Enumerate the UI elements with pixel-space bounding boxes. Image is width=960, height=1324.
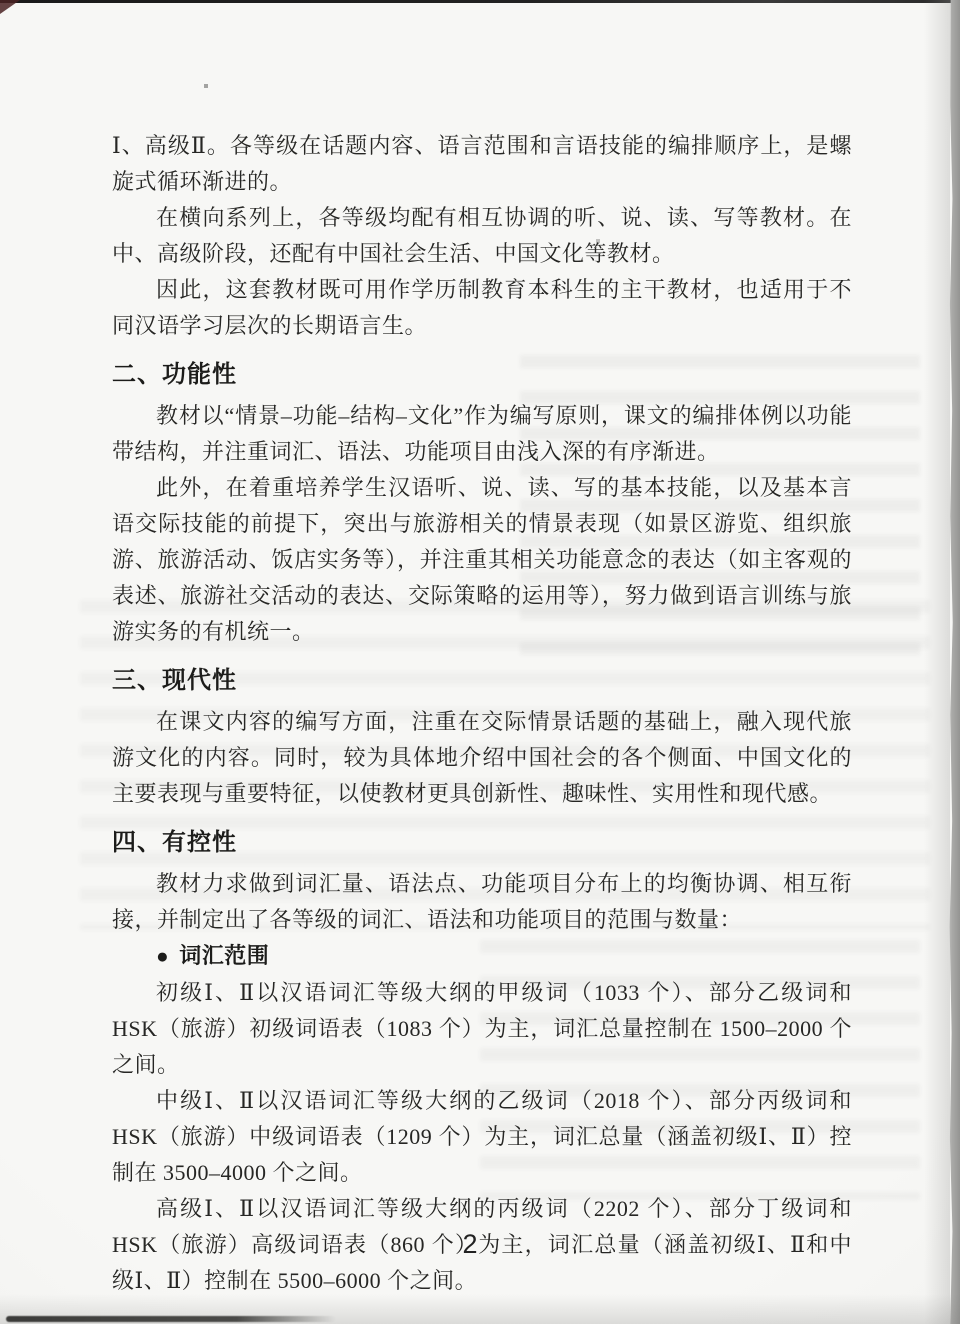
paragraph-horizontal-series: 在横向系列上，各等级均配有相互协调的听、说、读、写等教材。在中、高级阶段，还配有…: [112, 200, 852, 272]
scan-speckles: [0, 0, 2, 2]
page-number: 2: [0, 1229, 940, 1260]
scan-corner-mark: [0, 0, 20, 14]
bullet-vocab-label: 词汇范围: [179, 943, 269, 968]
heading-functionality: 二、功能性: [112, 360, 852, 390]
heading-modernity: 三、现代性: [112, 666, 852, 696]
paragraph-dual-use: 因此，这套教材既可用作学历制教育本科生的主干教材，也适用于不同汉语学习层次的长期…: [112, 272, 852, 344]
paragraph-functionality-principle: 教材以“情景–功能–结构–文化”作为编写原则，课文的编排体例以功能带结构，并注重…: [112, 398, 852, 470]
scan-bottom-bar: [6, 1316, 336, 1322]
bullet-vocab-range: ●词汇范围: [112, 938, 852, 975]
paragraph-controllability: 教材力求做到词汇量、语法点、功能项目分布上的均衡协调、相互衔接，并制定出了各等级…: [112, 866, 852, 938]
bullet-icon: ●: [156, 945, 169, 968]
scanned-book-page: Ⅰ、高级Ⅱ。各等级在话题内容、语言范围和言语技能的编排顺序上，是螺旋式循环渐进的…: [0, 0, 960, 1324]
paragraph-spiral-progression: Ⅰ、高级Ⅱ。各等级在话题内容、语言范围和言语技能的编排顺序上，是螺旋式循环渐进的…: [112, 128, 852, 200]
paragraph-modernity: 在课文内容的编写方面，注重在交际情景话题的基础上，融入现代旅游文化的内容。同时，…: [112, 704, 852, 812]
paragraph-vocab-intermediate: 中级Ⅰ、Ⅱ以汉语词汇等级大纲的乙级词（2018 个）、部分丙级词和 HSK（旅游…: [112, 1083, 852, 1191]
page-content: Ⅰ、高级Ⅱ。各等级在话题内容、语言范围和言语技能的编排顺序上，是螺旋式循环渐进的…: [112, 128, 852, 1299]
heading-controllability: 四、有控性: [112, 828, 852, 858]
paragraph-vocab-elementary: 初级Ⅰ、Ⅱ以汉语词汇等级大纲的甲级词（1033 个）、部分乙级词和 HSK（旅游…: [112, 975, 852, 1083]
page-right-shadow: [924, 0, 950, 1324]
scan-top-edge: [0, 0, 960, 3]
paragraph-functionality-skills: 此外，在着重培养学生汉语听、说、读、写的基本技能，以及基本言语交际技能的前提下，…: [112, 470, 852, 650]
